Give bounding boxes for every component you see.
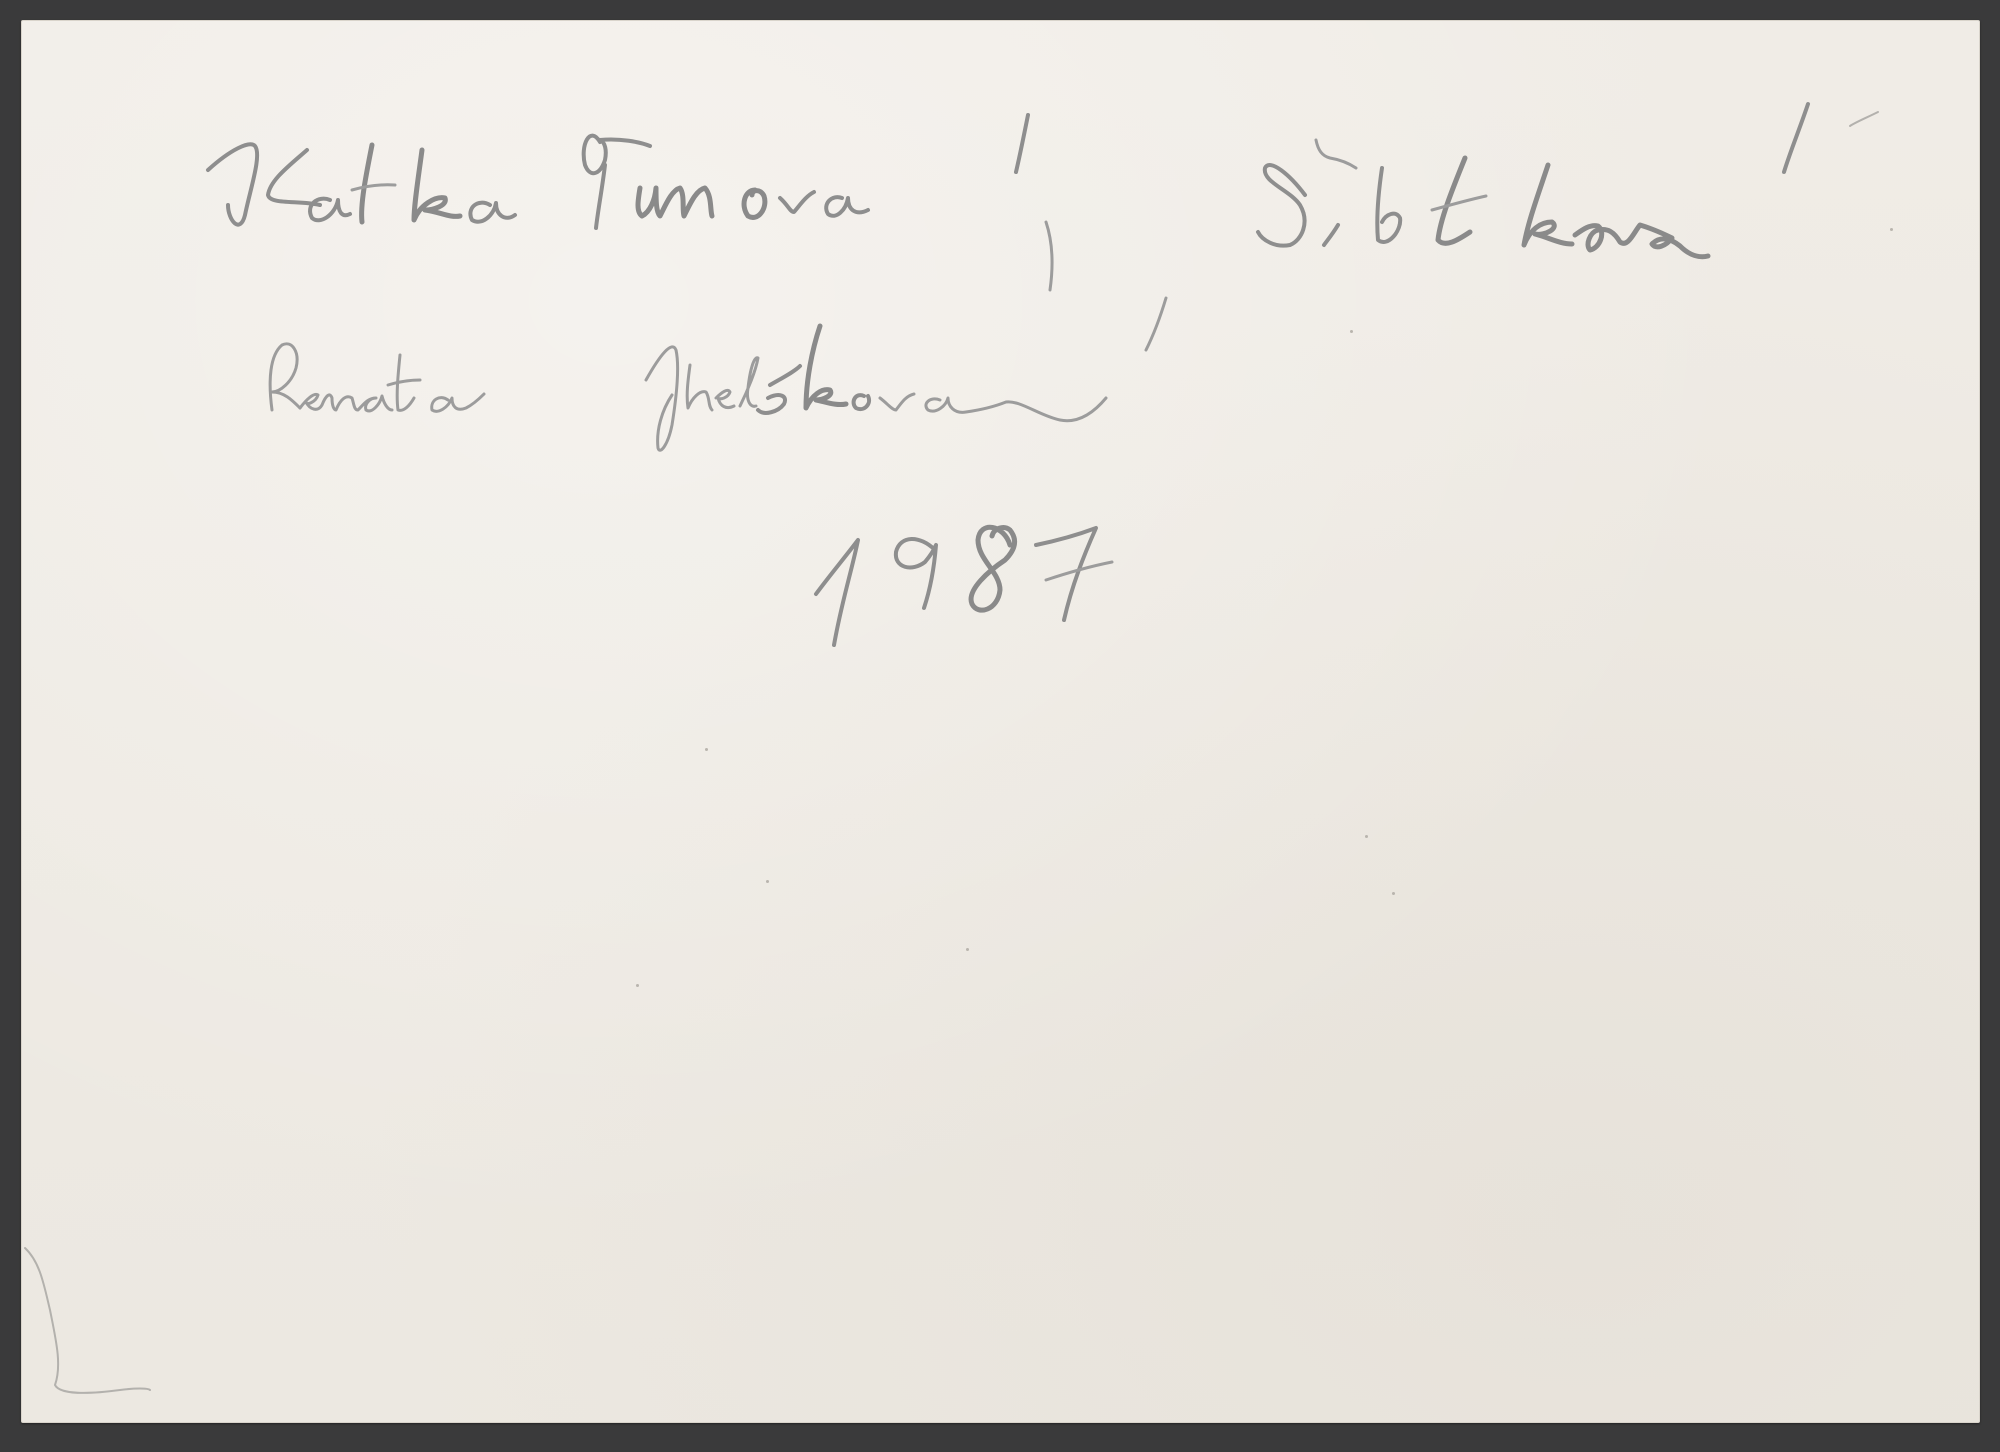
word-renata	[270, 344, 484, 411]
year-1987	[816, 527, 1112, 645]
paper-speck	[766, 880, 769, 883]
paper-speck	[705, 748, 708, 751]
paper-speck	[1350, 330, 1353, 333]
paper-speck	[1365, 835, 1368, 838]
scan-background: Katka Tumová, Šibtková! Renata Jihelškov…	[0, 0, 2000, 1452]
paper-speck	[1890, 228, 1893, 231]
paper-speck	[636, 984, 639, 987]
word-jihelskova	[646, 298, 1166, 450]
pencil-handwriting-strokes	[0, 0, 2000, 1452]
word-tumova	[584, 115, 1052, 290]
pencil-corner-mark	[25, 1248, 150, 1393]
paper-speck	[1392, 892, 1395, 895]
word-sibtkova	[1258, 104, 1878, 257]
word-katka	[208, 144, 515, 224]
paper-speck	[966, 948, 969, 951]
